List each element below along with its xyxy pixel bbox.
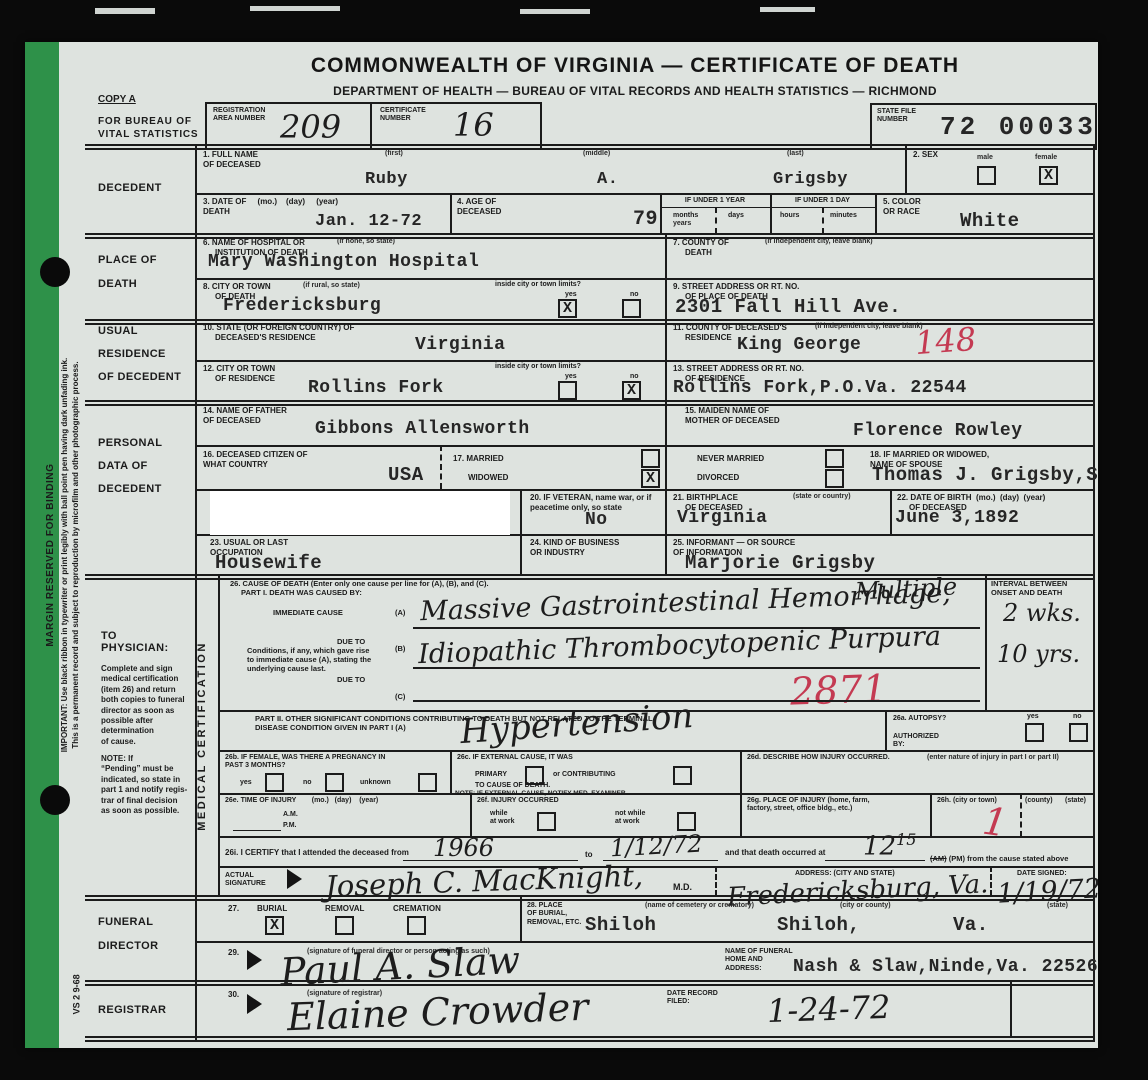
- registration-area-value: 209: [280, 108, 341, 146]
- form-code: VS 2 9-68: [72, 954, 83, 1034]
- state-file-label: STATE FILE NUMBER: [877, 108, 916, 125]
- field-15-value: Florence Rowley: [853, 421, 1023, 441]
- death-time-value: 1215: [863, 830, 916, 862]
- certify-pre: 26i. I CERTIFY that I attended the decea…: [225, 848, 409, 858]
- field-26b-label: 26b. IF FEMALE, WAS THERE A PREGNANCY IN…: [225, 754, 385, 771]
- under-1-year-days: days: [728, 212, 744, 220]
- field-1-last-value: Grigsby: [773, 170, 848, 189]
- section-funeral-director: FUNERAL DIRECTOR: [98, 916, 158, 952]
- physician-note-2: NOTE: If “Pending” must be indicated, so…: [101, 754, 187, 816]
- field-22-value: June 3,1892: [895, 508, 1019, 528]
- field-8-value: Fredericksburg: [223, 296, 381, 316]
- field-17-never-label: NEVER MARRIED: [697, 454, 764, 464]
- contributing-checkbox: [673, 766, 692, 785]
- actual-signature-label: ACTUAL SIGNATURE: [225, 872, 266, 889]
- removal-label: REMOVAL: [325, 904, 364, 914]
- interval-label: INTERVAL BETWEEN ONSET AND DEATH: [991, 579, 1067, 597]
- field-11-label2: RESIDENCE: [685, 333, 732, 343]
- certify-to-value: 1/12/72: [609, 830, 703, 863]
- cause-a-label: (A): [395, 608, 405, 617]
- state-hint: (state): [1065, 797, 1086, 805]
- field-29-num: 29.: [228, 948, 239, 958]
- field-12-label: 12. CITY OR TOWN: [203, 364, 275, 374]
- interval-b-value: 10 yrs.: [997, 640, 1080, 668]
- funeral-signature-arrow-icon: [247, 950, 262, 970]
- field-10-value: Virginia: [415, 335, 505, 355]
- pregnancy-unknown-label: unknown: [360, 779, 391, 787]
- field-26f-label: 26f. INJURY OCCURRED: [477, 797, 559, 805]
- field-13-value: Rollins Fork,P.O.Va. 22544: [673, 378, 967, 398]
- field-21-label: 21. BIRTHPLACE: [673, 493, 738, 503]
- field-26a-label: 26a. AUTOPSY?: [893, 715, 946, 723]
- interval-a-value: 2 wks.: [1003, 599, 1081, 627]
- certify-to-word: to: [585, 850, 593, 860]
- field-24-label: 24. KIND OF BUSINESS OR INDUSTRY: [530, 538, 619, 558]
- field-7-label2: DEATH: [685, 248, 712, 258]
- pm-label: P.M.: [283, 822, 297, 830]
- field-8-label: 8. CITY OR TOWN: [203, 282, 271, 292]
- certificate-number-value: 16: [453, 106, 494, 144]
- section-usual-residence: USUAL RESIDENCE OF DECEDENT: [98, 326, 181, 384]
- cremation-label: CREMATION: [393, 904, 441, 914]
- immediate-cause-label: IMMEDIATE CAUSE: [273, 608, 343, 617]
- state-file-value: 72 000332: [940, 112, 1098, 142]
- field-4-value: 79: [633, 208, 658, 231]
- residence-in-limits-yes-checkbox: [558, 381, 577, 400]
- field-8-limits-label: inside city or town limits?: [495, 281, 581, 289]
- field-14-value: Gibbons Allensworth: [315, 419, 530, 439]
- sex-male-checkbox: [977, 166, 996, 185]
- scan-artifact: [95, 8, 155, 14]
- am-struck: (AM): [930, 854, 947, 863]
- cause-red-code: 2871: [789, 666, 887, 713]
- cemetery-value: Shiloh: [585, 914, 656, 936]
- am-label: A.M.: [283, 811, 298, 819]
- field-8-hint: (if rural, so state): [303, 282, 360, 289]
- burial-checkbox: X: [265, 916, 284, 935]
- binding-margin-text: MARGIN RESERVED FOR BINDING IMPORTANT: U…: [45, 180, 101, 930]
- scan-artifact: [250, 6, 340, 11]
- certificate-number-label: CERTIFICATE NUMBER: [380, 107, 426, 124]
- certify-from-value: 1966: [433, 834, 494, 862]
- redaction-box: [210, 491, 510, 535]
- field-27-num: 27.: [228, 904, 239, 914]
- pregnancy-yes-checkbox: [265, 773, 284, 792]
- certify-mid: and that death occurred at: [725, 848, 825, 858]
- burial-label: BURIAL: [257, 904, 287, 914]
- field-2-female-label: female: [1035, 154, 1057, 161]
- death-in-limits-yes-checkbox: X: [558, 299, 577, 318]
- field-23-value: Housewife: [215, 552, 322, 574]
- field-1-middle-hint: (middle): [583, 150, 610, 157]
- funeral-home-value: Nash & Slaw,Ninde,Va. 22526: [793, 957, 1098, 977]
- field-26-label: 26. CAUSE OF DEATH (Enter only one cause…: [230, 579, 489, 588]
- field-15-label: 15. MAIDEN NAME OF MOTHER OF DECEASED: [685, 406, 780, 426]
- field-11-label: 11. COUNTY OF DECEASED'S: [673, 323, 787, 333]
- field-26g-label: 26g. PLACE OF INJURY (home, farm, factor…: [747, 797, 870, 814]
- field-17-married-label: 17. MARRIED: [453, 454, 504, 464]
- signature-arrow-icon: [287, 869, 302, 889]
- part2-value: Hypertension: [459, 696, 695, 752]
- field-26d-hint: (enter nature of injury in part I or par…: [927, 754, 1059, 761]
- field-22-label: 22. DATE OF BIRTH (mo.) (day) (year): [897, 493, 1045, 503]
- field-12-limits-label: inside city or town limits?: [495, 363, 581, 371]
- field-11-value: King George: [737, 335, 861, 355]
- burial-city-value: Shiloh,: [777, 914, 860, 936]
- cremation-checkbox: [407, 916, 426, 935]
- county-hint: (county): [1025, 797, 1053, 805]
- margin-heading: MARGIN RESERVED FOR BINDING: [45, 180, 58, 930]
- field-10-label2: DECEASED'S RESIDENCE: [215, 333, 316, 343]
- registrar-signature: Elaine Crowder: [286, 985, 589, 1039]
- funeral-home-label: NAME OF FUNERAL HOME AND ADDRESS:: [725, 948, 793, 973]
- section-medical-certification: MEDICAL CERTIFICATION: [196, 571, 216, 901]
- pregnancy-yes-label: yes: [240, 779, 252, 787]
- margin-line2: This is a permanent record and subject t…: [71, 180, 81, 930]
- field-1-first-value: Ruby: [365, 170, 408, 189]
- pregnancy-unknown-checkbox: [418, 773, 437, 792]
- under-1-day-hours: hours: [780, 212, 799, 220]
- document-subtitle: DEPARTMENT OF HEALTH — BUREAU OF VITAL R…: [175, 84, 1095, 98]
- field-20-value: No: [585, 510, 608, 530]
- field-17-divorced-label: DIVORCED: [697, 473, 739, 483]
- never-married-checkbox: [825, 449, 844, 468]
- field-1-first-hint: (first): [385, 150, 403, 157]
- field-25-value: Marjorie Grigsby: [685, 552, 875, 574]
- autopsy-no-label: no: [1073, 713, 1082, 721]
- due-to-b-label: DUE TO: [337, 637, 365, 646]
- field-4-label: 4. AGE OF DECEASED: [457, 197, 501, 217]
- pregnancy-no-checkbox: [325, 773, 344, 792]
- field-13-label: 13. STREET ADDRESS OR RT. NO.: [673, 364, 804, 374]
- field-1-middle-value: A.: [597, 170, 618, 189]
- md-label: M.D.: [673, 882, 692, 893]
- section-to-physician: TO PHYSICIAN:: [101, 630, 169, 654]
- primary-label: PRIMARY: [475, 771, 507, 779]
- due-to-c-label: DUE TO: [337, 675, 365, 684]
- field-30-num: 30.: [228, 990, 239, 1000]
- registration-area-label: REGISTRATION AREA NUMBER: [213, 107, 265, 124]
- field-3-value: Jan. 12-72: [315, 212, 422, 231]
- pregnancy-no-label: no: [303, 779, 312, 787]
- copy-label: COPY A: [98, 94, 136, 107]
- cause-a-value: Massive Gastrointestinal Hemorrhage,: [420, 578, 952, 628]
- field-26e-label: 26e. TIME OF INJURY (mo.) (day) (year): [225, 797, 378, 805]
- field-28-label: 28. PLACE OF BURIAL, REMOVAL, ETC.: [527, 902, 581, 927]
- bureau-label: FOR BUREAU OF VITAL STATISTICS: [98, 116, 198, 141]
- field-1-label: 1. FULL NAME OF DECEASED: [203, 150, 261, 170]
- section-personal-data: PERSONAL DATA OF DECEDENT: [98, 438, 162, 496]
- field-14-label: 14. NAME OF FATHER OF DECEASED: [203, 406, 287, 426]
- field-16-label: 16. DECEASED CITIZEN OF WHAT COUNTRY: [203, 450, 307, 470]
- date-record-filed-label: DATE RECORD FILED:: [667, 990, 718, 1007]
- ampm-text: (AM) (PM) from the cause stated above: [930, 854, 1068, 863]
- section-place-of-death: PLACE OF DEATH: [98, 254, 157, 290]
- while-at-work-checkbox: [537, 812, 556, 831]
- city-county-hint: (city or county): [840, 902, 891, 909]
- field-18-value: Thomas J. Grigsby,Sr.: [872, 464, 1098, 488]
- widowed-checkbox: X: [641, 469, 660, 488]
- field-2-male-label: male: [977, 154, 993, 161]
- field-26d-label: 26d. DESCRIBE HOW INJURY OCCURRED.: [747, 754, 890, 762]
- field-11-hint: (if independent city, leave blank): [815, 323, 923, 330]
- 26h-red-mark: 1: [980, 799, 1010, 846]
- scan-artifact: [520, 9, 590, 14]
- authorized-by-label: AUTHORIZED BY:: [893, 733, 939, 750]
- conditions-note: Conditions, if any, which gave rise to i…: [247, 646, 371, 673]
- field-4-unit: years: [673, 220, 691, 227]
- not-while-at-work-label: not while at work: [615, 810, 645, 827]
- under-1-year-months: months: [673, 212, 698, 220]
- not-while-at-work-checkbox: [677, 812, 696, 831]
- under-1-year-label: IF UNDER 1 YEAR: [662, 197, 768, 205]
- scan-artifact: [760, 7, 815, 12]
- field-16-value: USA: [388, 464, 424, 486]
- field-11-red-code: 148: [914, 320, 978, 362]
- under-1-day-minutes: minutes: [830, 212, 857, 220]
- field-5-label: 5. COLOR OR RACE: [883, 197, 921, 217]
- field-7-label: 7. COUNTY OF: [673, 238, 729, 248]
- document-title: COMMONWEALTH OF VIRGINIA — CERTIFICATE O…: [175, 54, 1095, 78]
- registrar-signature-arrow-icon: [247, 994, 262, 1014]
- field-12-value: Rollins Fork: [308, 378, 444, 398]
- field-6-hint: (if none, so state): [337, 238, 395, 245]
- field-1-last-hint: (last): [787, 150, 804, 157]
- physician-note-1: Complete and sign medical certification …: [101, 664, 185, 747]
- field-6-label: 6. NAME OF HOSPITAL OR: [203, 238, 305, 248]
- burial-state-hint: (state): [1047, 902, 1068, 909]
- death-certificate-document: MARGIN RESERVED FOR BINDING IMPORTANT: U…: [25, 42, 1098, 1048]
- cemetery-hint: (name of cemetery or crematory): [645, 902, 754, 909]
- field-21-value: Virginia: [677, 508, 767, 528]
- section-registrar: REGISTRAR: [98, 1004, 166, 1016]
- field-26c-label: 26c. IF EXTERNAL CAUSE, IT WAS: [457, 754, 573, 762]
- field-9-label: 9. STREET ADDRESS OR RT. NO.: [673, 282, 799, 292]
- contributing-label: or CONTRIBUTING: [553, 771, 616, 779]
- under-1-day-label: IF UNDER 1 DAY: [772, 197, 873, 205]
- autopsy-yes-checkbox: [1025, 723, 1044, 742]
- autopsy-yes-label: yes: [1027, 713, 1039, 721]
- field-12-label2: OF RESIDENCE: [215, 374, 275, 384]
- death-in-limits-no-checkbox: [622, 299, 641, 318]
- cause-b-label: (B): [395, 644, 405, 653]
- field-26-label2: PART I. DEATH WAS CAUSED BY:: [241, 588, 362, 597]
- field-17-widowed-label: WIDOWED: [468, 473, 508, 483]
- margin-line1: IMPORTANT: Use black ribbon in typewrite…: [60, 180, 70, 930]
- removal-checkbox: [335, 916, 354, 935]
- burial-state-value: Va.: [953, 914, 989, 936]
- married-checkbox: [641, 449, 660, 468]
- field-10-label: 10. STATE (OR FOREIGN COUNTRY) OF: [203, 323, 354, 333]
- field-2-label: 2. SEX: [913, 150, 938, 160]
- date-record-filed-value: 1-24-72: [766, 988, 891, 1030]
- sex-female-checkbox: X: [1039, 166, 1058, 185]
- field-5-value: White: [960, 210, 1020, 232]
- field-7-hint: (if independent city, leave blank): [765, 238, 873, 245]
- cause-c-label: (C): [395, 692, 405, 701]
- field-21-hint: (state or country): [793, 493, 851, 500]
- autopsy-no-checkbox: [1069, 723, 1088, 742]
- while-at-work-label: while at work: [490, 810, 515, 827]
- residence-in-limits-no-checkbox: X: [622, 381, 641, 400]
- section-decedent: DECEDENT: [98, 182, 162, 194]
- field-9-value: 2301 Fall Hill Ave.: [675, 296, 901, 318]
- divorced-checkbox: [825, 469, 844, 488]
- field-6-value: Mary Washington Hospital: [208, 252, 479, 272]
